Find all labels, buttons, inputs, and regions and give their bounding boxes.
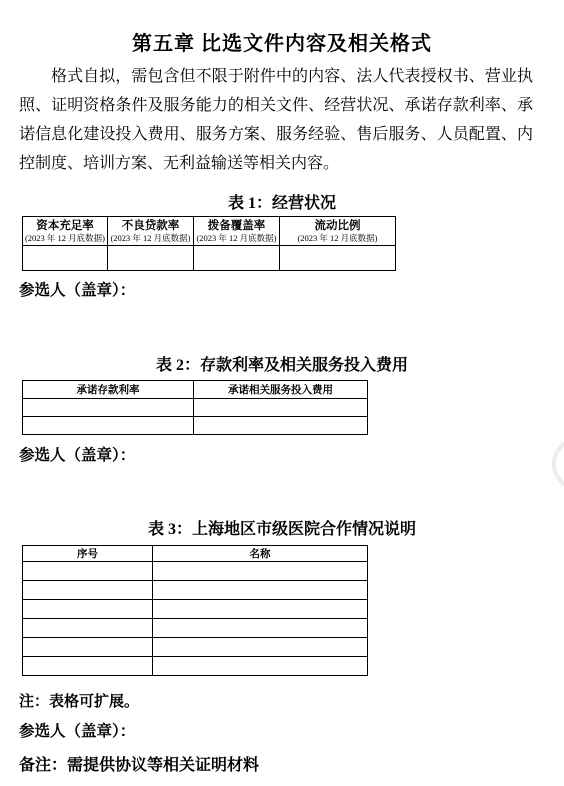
header-main-label: 不良贷款率 [108, 219, 193, 233]
header-sub-label: (2023 年 12 月底数据) [194, 233, 279, 243]
table-row [23, 657, 368, 676]
empty-cell [153, 657, 368, 676]
table-row [23, 562, 368, 581]
empty-cell [153, 638, 368, 657]
empty-cell [23, 657, 153, 676]
signer-label: 参选人（盖章）： [19, 278, 135, 300]
table-row [23, 638, 368, 657]
empty-cell [280, 246, 396, 271]
empty-cell [23, 246, 108, 271]
header-name: 名称 [153, 546, 368, 562]
empty-cell [108, 246, 194, 271]
table-hospital-cooperation: 序号 名称 [22, 545, 368, 676]
header-sub-label: (2023 年 12 月底数据) [280, 233, 395, 243]
table-row [23, 581, 368, 600]
table-row [23, 399, 368, 417]
expandable-note: 注：表格可扩展。 [19, 690, 139, 711]
intro-paragraph: 格式自拟，需包含但不限于附件中的内容、法人代表授权书、营业执照、证明资格条件及服… [19, 62, 533, 178]
header-main-label: 拨备覆盖率 [194, 219, 279, 233]
header-main-label: 资本充足率 [23, 219, 107, 233]
header-sub-label: (2023 年 12 月底数据) [108, 233, 193, 243]
table-row [23, 619, 368, 638]
table2-caption: 表 2：存款利率及相关服务投入费用 [0, 352, 564, 375]
table-header-row: 承诺存款利率 承诺相关服务投入费用 [23, 381, 368, 399]
empty-cell [194, 399, 368, 417]
table-operating-status: 资本充足率 (2023 年 12 月底数据) 不良贷款率 (2023 年 12 … [22, 216, 396, 271]
table-row [23, 600, 368, 619]
table3-caption: 表 3：上海地区市级医院合作情况说明 [0, 516, 564, 539]
empty-cell [194, 417, 368, 435]
empty-cell [194, 246, 280, 271]
empty-cell [153, 600, 368, 619]
header-main-label: 流动比例 [280, 219, 395, 233]
table-header-row: 资本充足率 (2023 年 12 月底数据) 不良贷款率 (2023 年 12 … [23, 217, 396, 246]
table-row [23, 417, 368, 435]
header-capital-adequacy: 资本充足率 (2023 年 12 月底数据) [23, 217, 108, 246]
empty-cell [23, 581, 153, 600]
empty-cell [23, 562, 153, 581]
remark-line: 备注：需提供协议等相关证明材料 [19, 752, 259, 775]
header-npl-ratio: 不良贷款率 (2023 年 12 月底数据) [108, 217, 194, 246]
table-deposit-rate-fees: 承诺存款利率 承诺相关服务投入费用 [22, 380, 368, 435]
header-provision-coverage: 拨备覆盖率 (2023 年 12 月底数据) [194, 217, 280, 246]
chapter-title: 第五章 比选文件内容及相关格式 [0, 27, 564, 56]
header-liquidity-ratio: 流动比例 (2023 年 12 月底数据) [280, 217, 396, 246]
empty-cell [23, 638, 153, 657]
empty-cell [23, 600, 153, 619]
page-edge-arc-artifact [552, 437, 564, 491]
empty-cell [23, 417, 194, 435]
header-serial-number: 序号 [23, 546, 153, 562]
empty-cell [153, 581, 368, 600]
header-sub-label: (2023 年 12 月底数据) [23, 233, 107, 243]
header-service-fee: 承诺相关服务投入费用 [194, 381, 368, 399]
empty-cell [153, 562, 368, 581]
signer-label: 参选人（盖章）： [19, 443, 135, 465]
table1-caption: 表 1：经营状况 [0, 190, 564, 213]
empty-cell [153, 619, 368, 638]
empty-cell [23, 619, 153, 638]
table-header-row: 序号 名称 [23, 546, 368, 562]
signer-label: 参选人（盖章）： [19, 719, 135, 741]
table-row [23, 246, 396, 271]
header-deposit-rate: 承诺存款利率 [23, 381, 194, 399]
document-page: 第五章 比选文件内容及相关格式 格式自拟，需包含但不限于附件中的内容、法人代表授… [0, 0, 564, 786]
empty-cell [23, 399, 194, 417]
